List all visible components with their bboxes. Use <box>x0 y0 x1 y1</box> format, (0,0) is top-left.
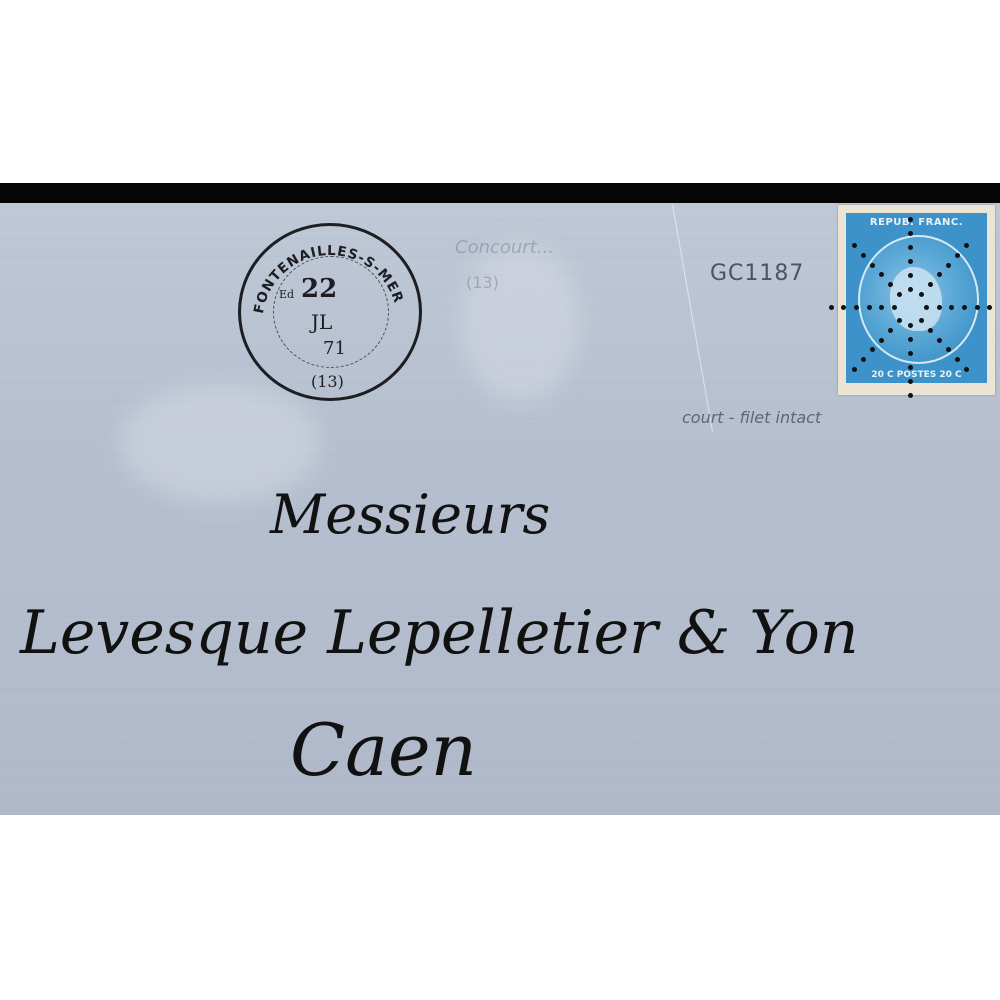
paper-stain <box>460 243 580 403</box>
postmark-department: (13) <box>311 372 344 391</box>
gc-number-note: GC1187 <box>710 261 804 286</box>
stamp-frame: REPUB. FRANC. 20 C POSTES 20 C <box>846 213 987 383</box>
stamp-medallion <box>858 235 979 364</box>
postmark-year: 71 <box>323 338 346 359</box>
postmark-month: JL <box>311 310 332 334</box>
postmark-day: 22 <box>301 274 337 304</box>
faint-pencil-note: Concourt... <box>455 237 554 258</box>
circular-date-stamp: FONTENAILLES-S-MER Ed 22 JL 71 (13) <box>238 223 422 401</box>
address-line-city: Caen <box>290 708 477 792</box>
condition-note: court - filet intact <box>682 408 821 427</box>
postmark-prefix: Ed <box>279 288 294 301</box>
address-line-recipient: Levesque Lepelletier & Yon <box>20 598 859 668</box>
cover-paper: FONTENAILLES-S-MER Ed 22 JL 71 (13) Conc… <box>0 203 1000 815</box>
ceres-stamp: REPUB. FRANC. 20 C POSTES 20 C <box>838 205 995 395</box>
stamp-top-label: REPUB. FRANC. <box>846 217 987 228</box>
postal-cover: FONTENAILLES-S-MER Ed 22 JL 71 (13) Conc… <box>0 183 1000 815</box>
top-edge-border <box>0 183 1000 203</box>
address-line-salutation: Messieurs <box>270 483 550 546</box>
faint-pencil-dept: (13) <box>466 273 499 292</box>
